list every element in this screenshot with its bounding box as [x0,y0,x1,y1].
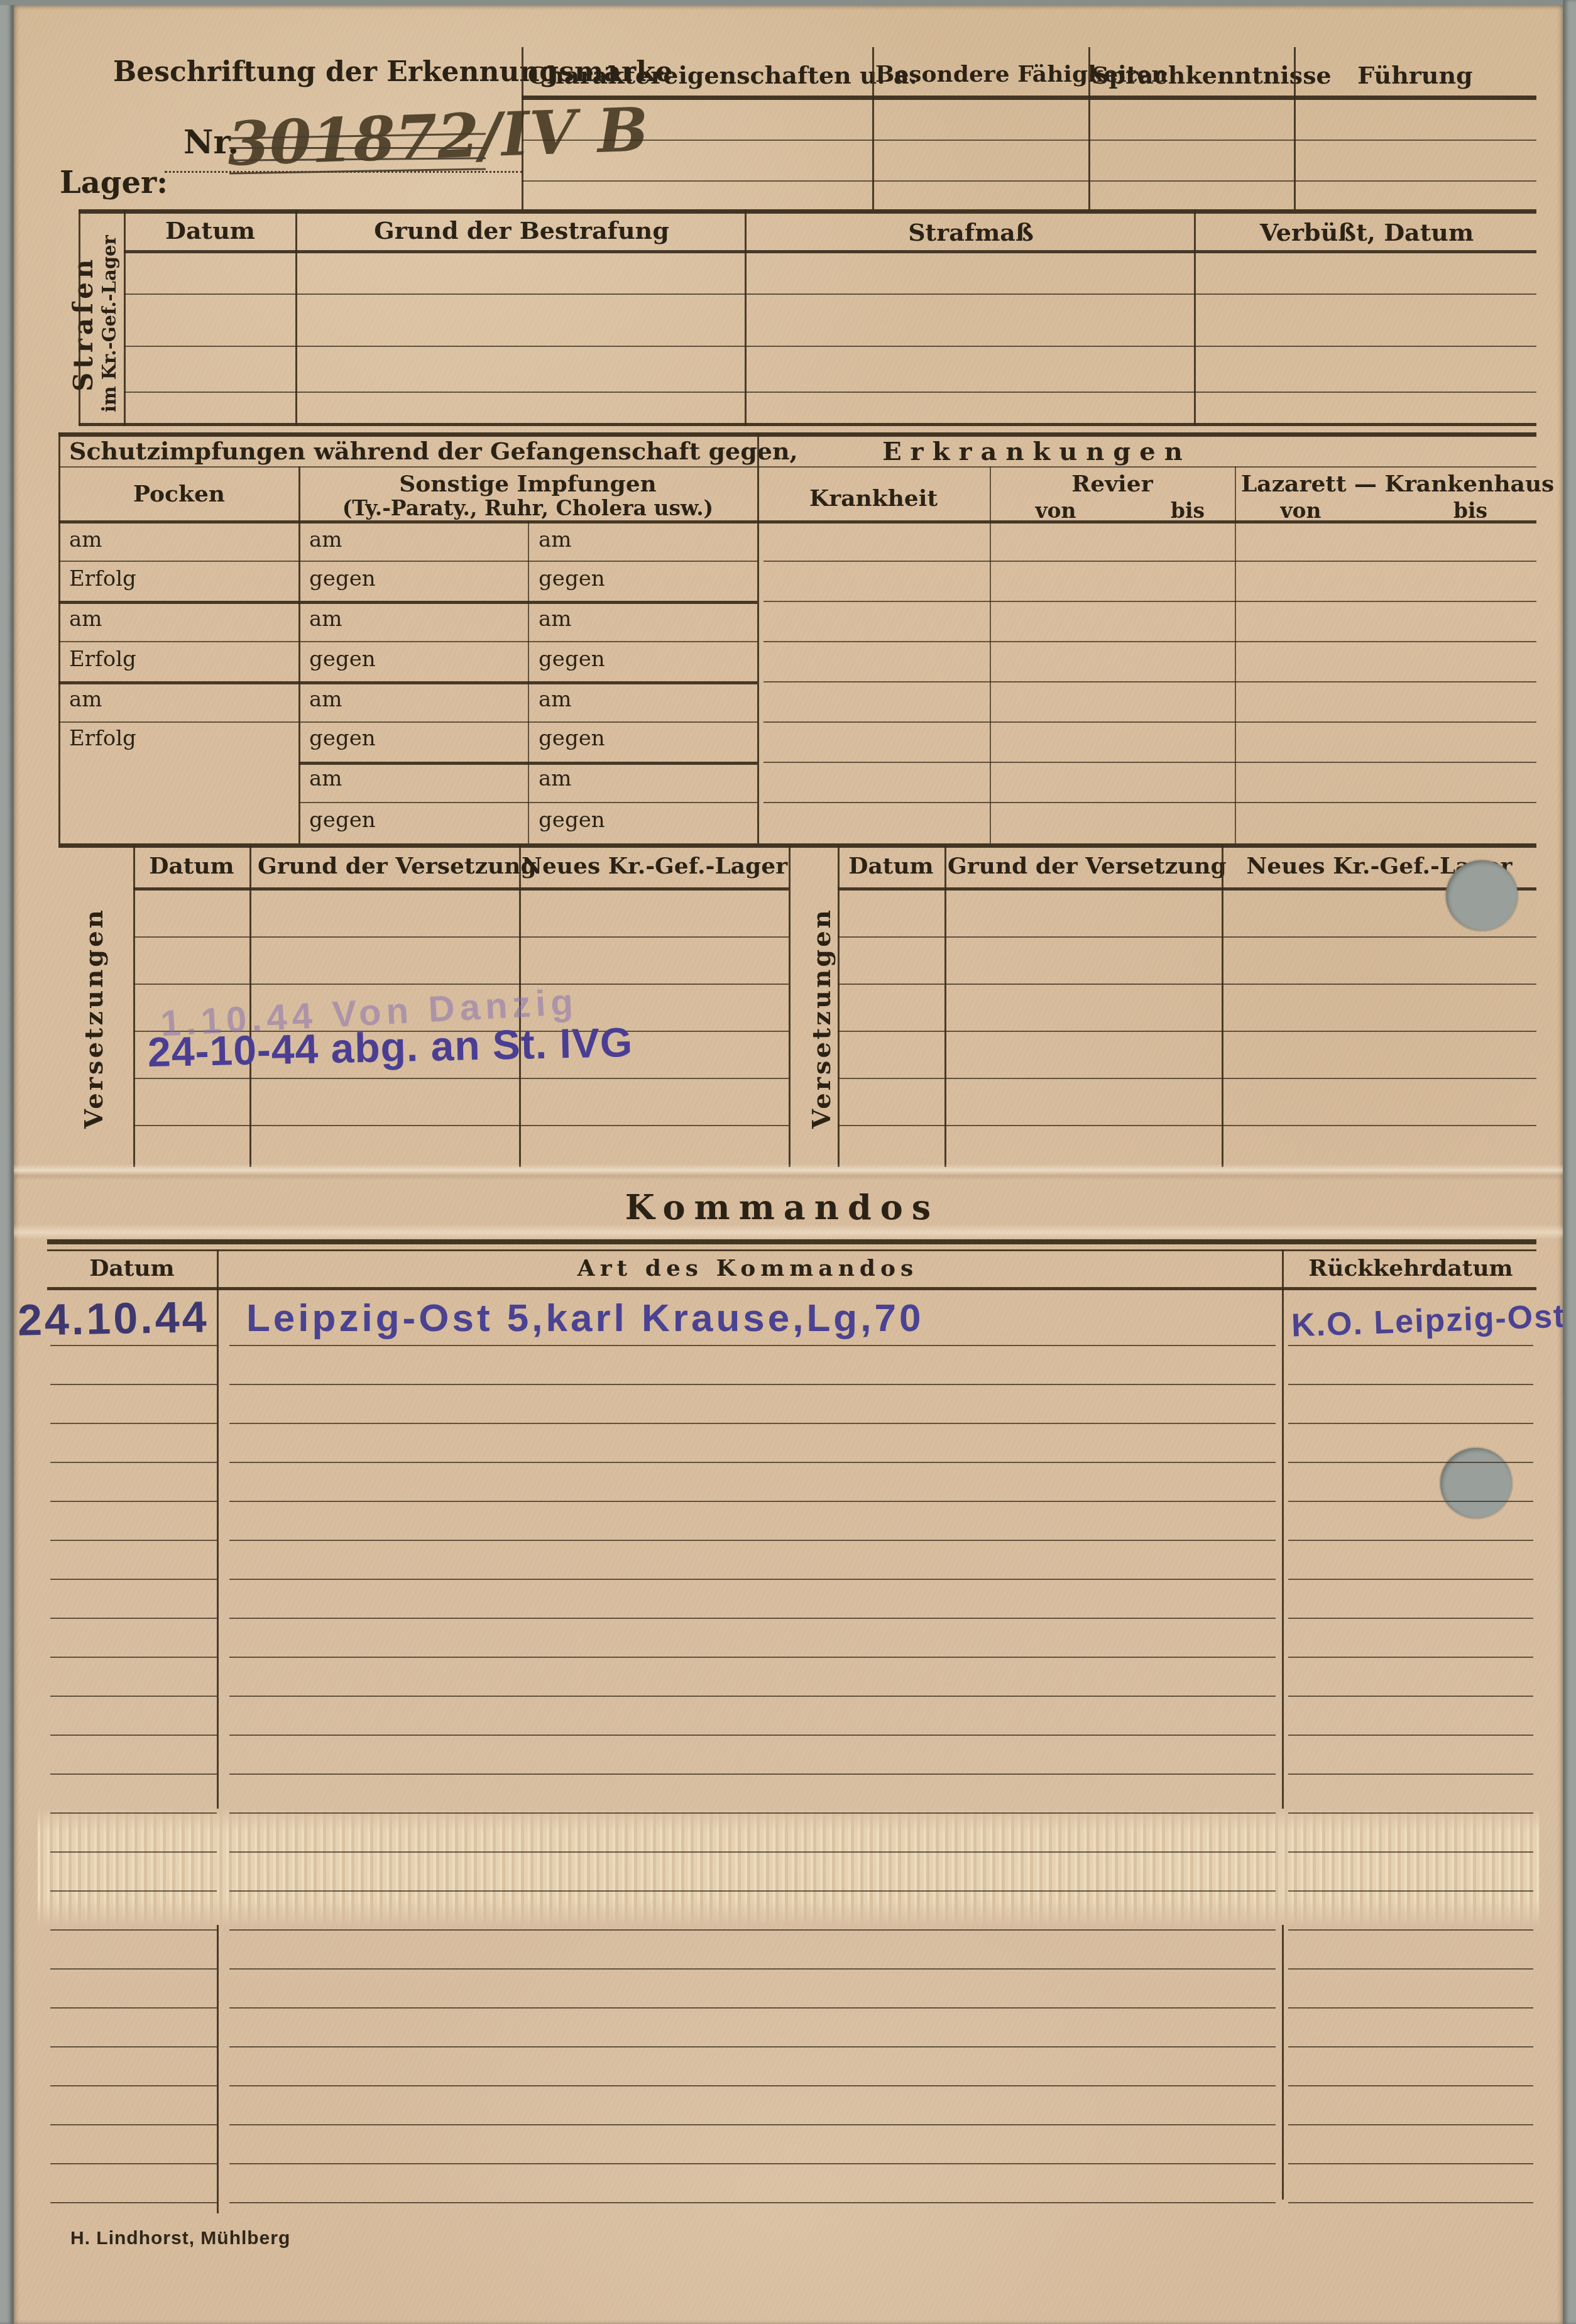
grid-line [763,762,1536,763]
scanner-edge-left [0,0,14,2324]
strike-line [229,147,486,149]
ruled-line [229,1423,1276,1424]
ruled-line [1288,1501,1533,1502]
grid-line [79,209,1536,214]
grid-line [763,561,1536,562]
ruled-line [50,1462,217,1463]
punch-hole [1440,1448,1512,1518]
ruled-line [1288,1423,1533,1424]
schutzimpfungen-title: Schutzimpfungen während der Gefangenscha… [69,439,754,464]
grid-line [757,432,759,843]
kommando-entry-date-stamp: 24.10.44 [17,1291,209,1345]
ruled-line [50,1579,217,1580]
ruled-line [1288,1540,1533,1541]
printer-imprint: H. Lindhorst, Mühlberg [70,2228,290,2249]
sonstige1-gegen-1: gegen [309,568,376,591]
grid-line [124,209,126,426]
ruled-line [229,1345,1276,1346]
grid-line [58,721,757,723]
sonstige2-gegen-3: gegen [539,728,605,750]
ruled-line [1288,1929,1533,1931]
ruled-line [50,2163,217,2164]
ruled-line [1288,1579,1533,1580]
ruled-line [229,1735,1276,1736]
grid-line [872,47,874,209]
ruled-line [1288,2202,1533,2203]
sonstige1-am-3: am [309,689,342,711]
grid-line [838,887,1536,891]
ruled-line [1288,1773,1533,1775]
ruled-line [229,2085,1276,2086]
versetzungen-left-neues-header: Neues Kr.-Gef.-Lager [522,855,785,879]
pocken-am-1: am [69,529,102,552]
ruled-line [50,1423,217,1424]
sonstige2-am-1: am [539,529,572,552]
sonstige2-gegen-4: gegen [539,809,605,832]
scanned-pow-record-card: { "id_block": { "title": "Beschriftung d… [0,0,1576,2324]
ruled-line [50,1929,217,1931]
ruled-line [229,2202,1276,2203]
scanner-edge-right [1563,0,1576,2324]
pocken-erfolg-2: Erfolg [69,649,136,671]
sonstige2-gegen-2: gegen [539,649,605,671]
grid-line [58,432,1536,437]
sonstige-impfungen-subheader: (Ty.-Paraty., Ruhr, Cholera usw.) [314,498,741,520]
col-sprachkenntnisse: Sprachkenntnisse [1092,63,1291,88]
sonstige1-am-4: am [309,768,342,791]
col-charaktereigenschaften: Charaktereigenschaften u. a. [528,63,867,88]
strafen-side-label-2: im Kr.-Gef.-Lager [101,220,119,427]
grid-line [79,423,1536,426]
grid-line [757,466,1536,468]
grid-line [1294,47,1296,209]
grid-line [1282,1249,1284,2200]
grid-line [124,392,1536,393]
strafen-verbuesst-header: Verbüßt, Datum [1200,220,1533,245]
ruled-line [1288,2046,1533,2047]
ruled-line [229,1696,1276,1697]
grid-line [944,845,946,1167]
grid-line [838,1078,1536,1079]
grid-line [133,1078,789,1079]
sonstige1-gegen-2: gegen [309,649,376,671]
sonstige1-am-2: am [309,608,342,631]
ruled-line [50,2085,217,2086]
grid-line [58,520,1536,523]
ruled-line [50,1968,217,1970]
grid-line [298,466,300,843]
kommandos-datum-header: Datum [53,1257,211,1281]
sonstige2-gegen-1: gegen [539,568,605,591]
grid-line [133,845,135,1167]
ruled-line [229,2124,1276,2125]
ruled-line [50,1812,217,1814]
ruled-line [50,1540,217,1541]
ruled-line [229,1462,1276,1463]
ruled-line [1288,1735,1533,1736]
grid-line [58,641,757,642]
erkrankungen-title: Erkrankungen [817,439,1257,465]
grid-line [1222,845,1223,1167]
ruled-line [229,2007,1276,2009]
grid-line [295,209,297,426]
ruled-line [50,1851,217,1853]
ruled-line [1288,1851,1533,1853]
grid-line [763,601,1536,602]
revier-von-label: von [1018,500,1093,522]
ruled-line [1288,1657,1533,1658]
grid-line [838,1031,1536,1032]
ruled-line [1288,2124,1533,2125]
grid-line [58,601,757,604]
strafen-grund-header: Grund der Bestrafung [302,218,741,243]
transfer-stamp-main: 24-10-44 abg. an St. IVG [147,1018,633,1076]
grid-line [58,843,1536,848]
ruled-line [229,1851,1276,1853]
sonstige1-am-1: am [309,529,342,552]
ruled-line [50,2007,217,2009]
grid-line [838,984,1536,985]
versetzungen-left-grund-header: Grund der Versetzung [258,855,512,879]
lager-label: Lager: [60,167,168,199]
grid-line [47,1249,1536,1251]
grid-line [838,1125,1536,1126]
grid-line [789,845,791,1167]
ruled-line [1288,2085,1533,2086]
ruled-line [1288,2163,1533,2164]
grid-line [58,466,757,468]
versetzungen-right-datum-header: Datum [841,855,941,879]
versetzungen-side-label-right: Versetzungen [809,899,835,1137]
versetzungen-left-datum-header: Datum [135,855,248,879]
grid-line [133,984,789,985]
lazarett-header: Lazarett — Krankenhaus [1241,473,1530,496]
ruled-line [229,1501,1276,1502]
grid-line [838,845,840,1167]
col-besondere-faehigkeiten: Besondere Fähigkeiten [875,63,1085,87]
ruled-line [50,1696,217,1697]
strafen-datum-header: Datum [133,218,287,243]
ruled-line [229,2046,1276,2047]
ruled-line [229,1890,1276,1892]
ruled-line [50,1773,217,1775]
ruled-line [1288,1345,1533,1346]
ruled-line [1288,2007,1533,2009]
grid-line [133,1125,789,1126]
ruled-line [229,1540,1276,1541]
grid-line [1235,466,1236,843]
grid-line [522,47,523,209]
ruled-line [1288,1384,1533,1385]
grid-line [133,936,789,938]
grid-line [522,180,1536,182]
ruled-line [50,1618,217,1619]
grid-line [58,432,60,843]
grid-line [133,887,789,891]
ruled-line [50,1345,217,1346]
pocken-am-2: am [69,608,102,631]
grid-line [58,561,757,562]
versetzungen-side-label-left: Versetzungen [82,899,107,1137]
lazarett-von-label: von [1263,500,1338,522]
col-fuehrung: Führung [1297,63,1533,88]
grid-line [763,641,1536,642]
sonstige2-am-2: am [539,608,572,631]
grid-line [763,721,1536,723]
grid-line [47,1239,1536,1244]
grid-line [217,1249,219,2213]
ruled-line [229,1657,1276,1658]
sonstige2-am-4: am [539,768,572,791]
grid-line [79,209,80,426]
ruled-line [229,1384,1276,1385]
grid-line [124,250,1536,253]
erkennungsmarke-title: Beschriftung der Erkennungsmarke [113,58,496,87]
ruled-line [50,1735,217,1736]
ruled-line [50,1501,217,1502]
ruled-line [50,1890,217,1892]
ruled-line [229,1618,1276,1619]
ruled-line [1288,1696,1533,1697]
revier-bis-label: bis [1150,500,1225,522]
pocken-am-3: am [69,689,102,711]
grid-line [745,209,747,426]
krankheit-header: Krankheit [763,487,983,511]
punch-hole [1446,860,1518,931]
scan-smear-band [38,1809,1540,1925]
ruled-line [1288,1462,1533,1463]
ruled-line [1288,1968,1533,1970]
kommandos-rueckkehr-header: Rückkehrdatum [1288,1257,1533,1281]
grid-line [124,293,1536,295]
kommando-entry-art-stamp: Leipzig-Ost 5,karl Krause,Lg,70 [246,1296,924,1340]
scanner-edge-top [0,0,1576,5]
grid-line [763,802,1536,803]
strafen-strafmass-header: Strafmaß [751,220,1191,245]
versetzungen-right-grund-header: Grund der Versetzung [948,855,1218,879]
grid-line [1088,47,1090,209]
ruled-line [229,1929,1276,1931]
sonstige2-am-3: am [539,689,572,711]
lager-blank-line [165,171,523,173]
grid-line [124,346,1536,347]
grid-line [763,681,1536,682]
ruled-line [50,1384,217,1385]
strafen-side-label-1: Strafen [70,233,97,415]
pocken-header: Pocken [69,483,289,507]
ruled-line [50,2046,217,2047]
grid-line [522,140,1536,141]
ruled-line [229,1579,1276,1580]
grid-line [1194,209,1196,426]
grid-line [522,96,1536,100]
grid-line [298,762,757,765]
grid-line [838,936,1536,938]
ruled-line [1288,1618,1533,1619]
grid-line [58,681,757,684]
lazarett-bis-label: bis [1433,500,1508,522]
grid-line [298,802,757,803]
revier-header: Revier [996,473,1229,496]
ruled-line [50,1657,217,1658]
kommandos-art-header: Art des Kommandos [559,1257,936,1281]
ruled-line [1288,1890,1533,1892]
grid-line [47,1287,1536,1290]
sonstige-impfungen-header: Sonstige Impfungen [314,473,741,496]
ruled-line [50,2124,217,2125]
ruled-line [229,2163,1276,2164]
ruled-line [1288,1812,1533,1814]
sonstige1-gegen-3: gegen [309,728,376,750]
ruled-line [229,1773,1276,1775]
pocken-erfolg-3: Erfolg [69,728,136,750]
ruled-line [50,2202,217,2203]
pocken-erfolg-1: Erfolg [69,568,136,591]
kommandos-title: Kommandos [594,1190,971,1225]
ruled-line [229,1968,1276,1970]
sonstige1-gegen-4: gegen [309,809,376,832]
ruled-line [229,1812,1276,1814]
grid-line [990,466,991,843]
